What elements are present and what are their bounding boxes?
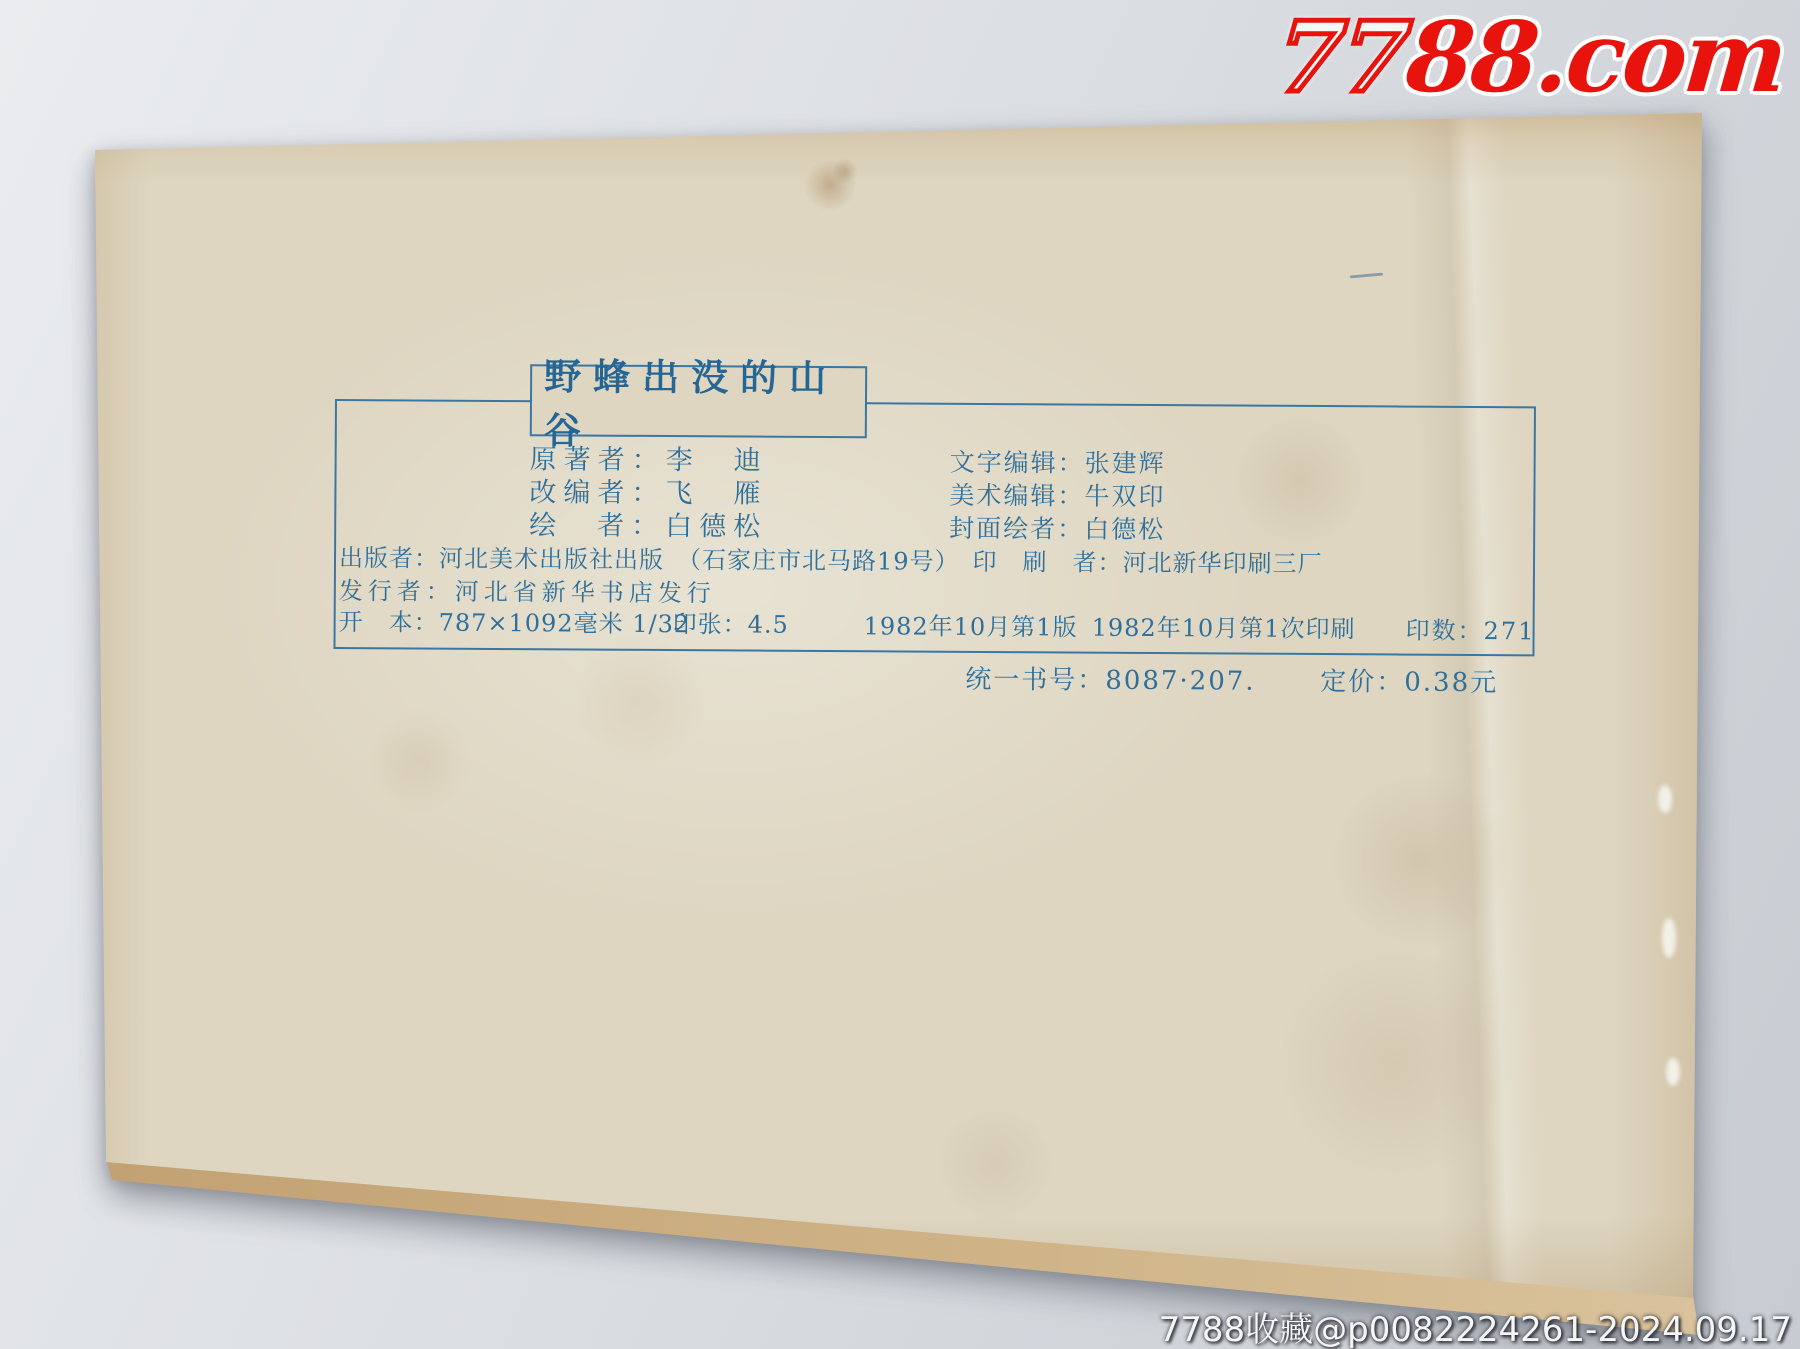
spec-format: 开 本：787×1092毫米 1/32 <box>339 609 691 639</box>
watermark-logo-prefix: 77 <box>1273 0 1412 114</box>
collector-watermark: 7788收藏@p0082224261-2024.09.17 <box>1159 1302 1792 1349</box>
credit-cover-illustrator: 封面绘者：白德松 <box>949 515 1165 545</box>
book-title: 野蜂出没的山谷 <box>532 346 866 456</box>
colophon-print-block: 野蜂出没的山谷 原著者：李 迪 改编者：飞 雁 绘 者：白德松 文字编辑：张建辉… <box>90 112 1704 1309</box>
credit-text-editor: 文字编辑：张建辉 <box>950 449 1166 479</box>
spec-edition: 1982年10月第1版 <box>864 613 1078 642</box>
credit-adapter: 改编者：飞 雁 <box>529 477 767 510</box>
book-title-box: 野蜂出没的山谷 <box>530 364 867 438</box>
spec-sheets: 印张：4.5 <box>673 611 789 639</box>
watermark-logo-suffix: 88.com <box>1402 0 1789 114</box>
distributor-row: 发行者：河北省新华书店发行 <box>339 578 716 608</box>
credit-illustrator: 绘 者：白德松 <box>529 510 767 543</box>
credit-art-editor: 美术编辑：牛双印 <box>949 482 1165 512</box>
book-photo: 野蜂出没的山谷 原著者：李 迪 改编者：飞 雁 绘 者：白德松 文字编辑：张建辉… <box>0 0 1800 1349</box>
spec-print-run: 印数：271 <box>1406 618 1536 646</box>
unified-book-number: 统一书号：8087·207. <box>965 666 1256 698</box>
book-back-cover: 野蜂出没的山谷 原著者：李 迪 改编者：飞 雁 绘 者：白德松 文字编辑：张建辉… <box>95 113 1702 1300</box>
spec-printing: 1982年10月第1次印刷 <box>1092 615 1356 644</box>
credit-original-author: 原著者：李 迪 <box>530 444 768 477</box>
price: 定价：0.38元 <box>1320 668 1498 699</box>
site-watermark-7788: 7788.com <box>1273 0 1789 114</box>
